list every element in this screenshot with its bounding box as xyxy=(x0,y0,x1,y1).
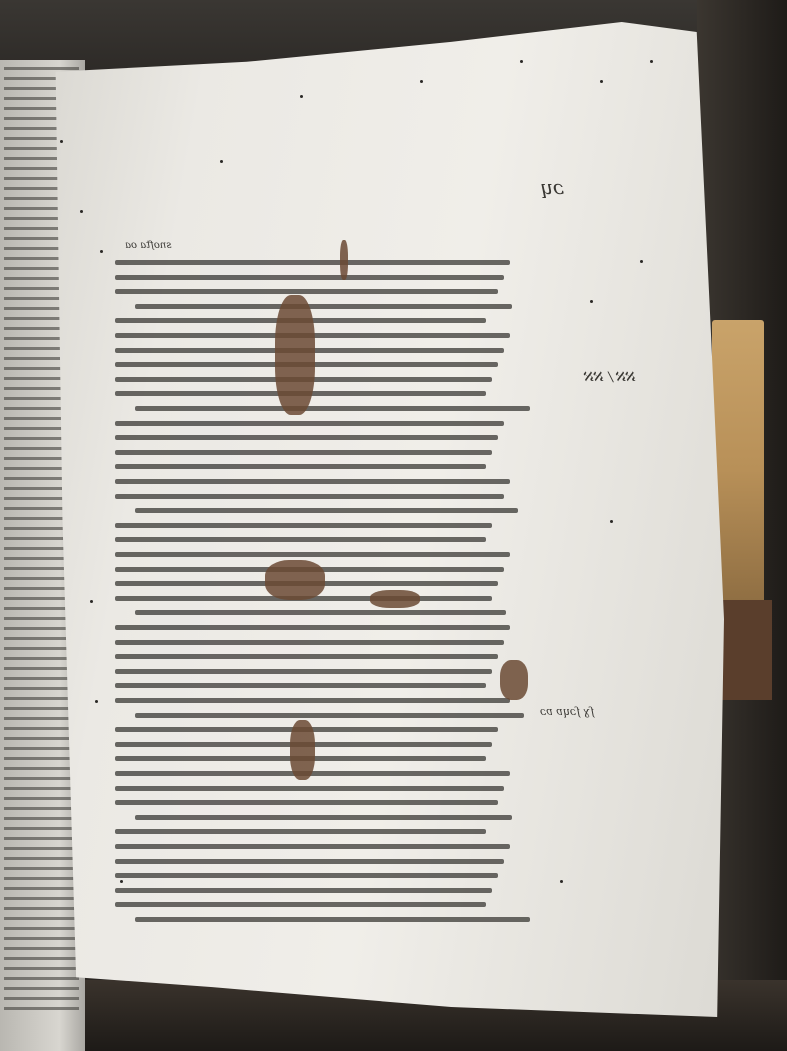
text-line xyxy=(115,464,486,469)
text-line xyxy=(115,421,504,426)
text-line xyxy=(115,902,486,907)
text-line xyxy=(115,829,486,834)
text-line xyxy=(135,406,530,411)
text-line xyxy=(4,867,79,870)
text-line xyxy=(4,1007,79,1010)
text-line xyxy=(115,698,510,703)
text-line xyxy=(115,859,504,864)
text-line xyxy=(4,767,79,770)
worm-hole-dot xyxy=(60,140,63,143)
text-line xyxy=(4,977,79,980)
worm-hole-dot xyxy=(640,260,643,263)
text-line xyxy=(4,947,79,950)
text-line xyxy=(4,917,79,920)
text-line xyxy=(4,797,79,800)
text-line xyxy=(135,713,524,718)
text-line xyxy=(4,697,79,700)
text-line xyxy=(4,897,79,900)
text-line xyxy=(4,807,79,810)
text-line xyxy=(115,479,510,484)
text-line xyxy=(4,777,79,780)
margin-note-lower: ſɣ ſɔɥɐ ɐɔ xyxy=(540,705,594,718)
worm-hole xyxy=(500,660,528,700)
text-line xyxy=(4,967,79,970)
text-line xyxy=(4,997,79,1000)
text-line xyxy=(115,523,492,528)
worm-hole-dot xyxy=(610,520,613,523)
text-line xyxy=(4,827,79,830)
text-line xyxy=(115,625,510,630)
text-line xyxy=(4,757,79,760)
text-line xyxy=(135,304,512,309)
text-line xyxy=(4,877,79,880)
text-line xyxy=(115,289,498,294)
text-line xyxy=(4,727,79,730)
page-heading: snofta oa xyxy=(125,240,171,251)
worm-hole-dot xyxy=(650,60,653,63)
text-line xyxy=(4,717,79,720)
text-line xyxy=(4,747,79,750)
worm-hole xyxy=(290,720,315,780)
text-line xyxy=(135,610,506,615)
worm-hole-dot xyxy=(420,80,423,83)
text-line xyxy=(115,260,510,265)
worm-hole-dot xyxy=(100,250,103,253)
worm-hole xyxy=(370,590,420,608)
worm-hole-dot xyxy=(95,700,98,703)
text-line xyxy=(4,837,79,840)
worm-hole-dot xyxy=(600,80,603,83)
worm-hole-dot xyxy=(300,95,303,98)
text-line xyxy=(115,669,492,674)
text-line xyxy=(4,907,79,910)
text-line xyxy=(115,844,510,849)
text-line xyxy=(115,873,498,878)
text-line xyxy=(4,887,79,890)
printed-text-block: snofta oa xyxy=(115,240,535,930)
worm-hole xyxy=(340,240,348,280)
text-line xyxy=(4,857,79,860)
text-line xyxy=(4,737,79,740)
text-line xyxy=(115,450,492,455)
worm-hole xyxy=(265,560,325,600)
text-line xyxy=(115,640,504,645)
text-line xyxy=(115,683,486,688)
worm-hole-dot xyxy=(520,60,523,63)
text-line xyxy=(115,888,492,893)
worm-hole-dot xyxy=(120,880,123,883)
text-line xyxy=(4,67,79,70)
text-line xyxy=(135,815,512,820)
worm-hole-dot xyxy=(90,600,93,603)
text-line xyxy=(135,917,530,922)
text-line xyxy=(115,537,486,542)
worm-hole-dot xyxy=(80,210,83,213)
book-cover-edge xyxy=(722,600,772,700)
text-line xyxy=(115,654,498,659)
text-line xyxy=(4,927,79,930)
margin-mark-top: ɔɥ xyxy=(540,175,564,199)
text-line xyxy=(4,787,79,790)
margin-arithmetic: ℵℵ / ℵℵ xyxy=(585,370,636,385)
text-line xyxy=(4,817,79,820)
text-line xyxy=(4,707,79,710)
worm-hole-dot xyxy=(590,300,593,303)
text-line xyxy=(115,275,504,280)
text-line xyxy=(135,508,518,513)
worm-hole xyxy=(275,295,315,415)
text-line xyxy=(4,957,79,960)
text-line xyxy=(4,847,79,850)
text-line xyxy=(115,494,504,499)
text-line xyxy=(115,786,504,791)
text-line xyxy=(4,987,79,990)
text-line xyxy=(4,937,79,940)
text-line xyxy=(115,800,498,805)
text-line xyxy=(115,435,498,440)
text-line xyxy=(115,552,510,557)
worm-hole-dot xyxy=(560,880,563,883)
worm-hole-dot xyxy=(220,160,223,163)
